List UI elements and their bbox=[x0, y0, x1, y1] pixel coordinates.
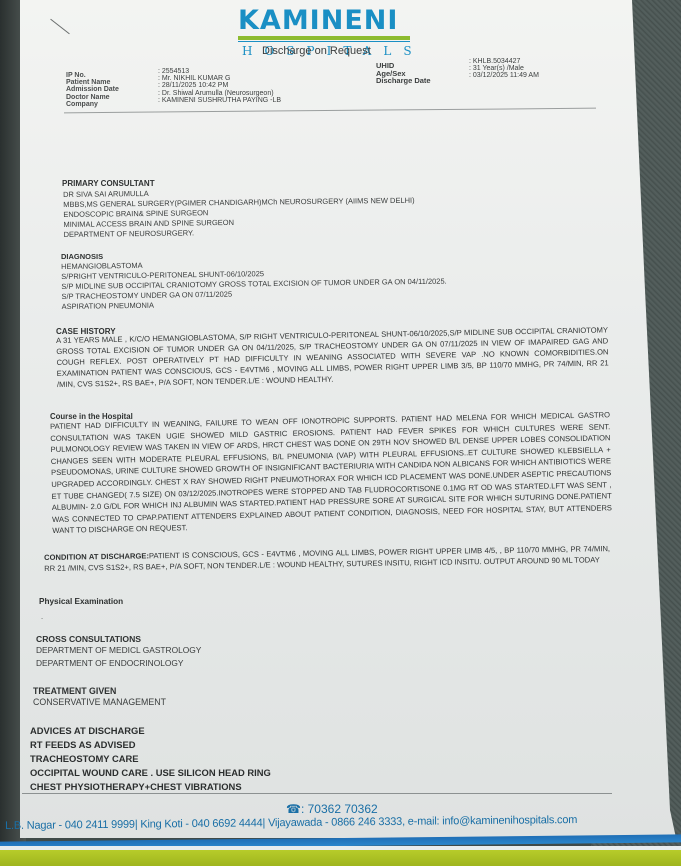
label-admission-date: Admission Date bbox=[66, 86, 119, 93]
phone-number: : 70362 70362 bbox=[301, 802, 378, 816]
patient-info-right-values: : KHLB.5034427 : 31 Year(s) /Male : 03/1… bbox=[469, 58, 539, 80]
value-discharge-date: : 03/12/2025 11:49 AM bbox=[469, 72, 539, 79]
logo-wordmark: KAMINENI bbox=[238, 6, 418, 36]
diagnosis-list: HEMANGIOBLASTOMA S/PRIGHT VENTRICULO-PER… bbox=[61, 257, 447, 312]
label-company: Company bbox=[66, 101, 119, 108]
treatment-heading: TREATMENT GIVEN bbox=[33, 686, 116, 696]
cross-consultations-list: DEPARTMENT OF MEDICL GASTROLOGY DEPARTME… bbox=[36, 644, 201, 670]
consultation-item: DEPARTMENT OF MEDICL GASTROLOGY bbox=[36, 644, 201, 657]
value-age-sex: : 31 Year(s) /Male bbox=[469, 65, 539, 72]
value-admission-date: : 28/11/2025 10:42 PM bbox=[158, 82, 281, 89]
value-company: : KAMINENI SUSHRUTHA PAYING -LB bbox=[158, 97, 281, 104]
value-ip-no: : 2554513 bbox=[158, 68, 281, 75]
advice-item: TRACHEOSTOMY CARE bbox=[30, 752, 271, 766]
diagnosis-heading: DIAGNOSIS bbox=[61, 252, 103, 261]
case-history-text: A 31 YEARS MALE , K/C/O HEMANGIOBLASTOMA… bbox=[56, 324, 609, 390]
patient-info-labels: IP No. Patient Name Admission Date Docto… bbox=[66, 72, 119, 108]
cross-consultations-heading: CROSS CONSULTATIONS bbox=[36, 634, 141, 644]
logo-green-bar bbox=[238, 36, 410, 40]
patient-info-right-labels: UHID Age/Sex Discharge Date bbox=[376, 62, 431, 85]
logo-blue-line bbox=[238, 41, 410, 42]
course-text: PATIENT HAD DIFFICULTY IN WEANING, FAILU… bbox=[50, 409, 612, 537]
label-ip-no: IP No. bbox=[66, 72, 119, 79]
footer-green-band bbox=[0, 850, 681, 866]
value-doctor-name: : Dr. Shiwal Arumulla (Neurosurgeon) bbox=[158, 90, 281, 97]
phone-icon: ☎ bbox=[286, 802, 301, 816]
label-doctor-name: Doctor Name bbox=[66, 94, 119, 101]
label-discharge-date: Discharge Date bbox=[376, 77, 431, 85]
footer-divider bbox=[22, 793, 612, 794]
hospital-phone: ☎: 70362 70362 bbox=[286, 802, 378, 816]
physical-exam-value: . bbox=[41, 612, 43, 622]
advices-heading: ADVICES AT DISCHARGE bbox=[30, 724, 271, 738]
advices-section: ADVICES AT DISCHARGE RT FEEDS AS ADVISED… bbox=[30, 724, 271, 794]
document-title: Discharge on Request bbox=[262, 45, 371, 57]
condition-label: CONDITION AT DISCHARGE: bbox=[44, 551, 149, 562]
value-uhid: : KHLB.5034427 bbox=[469, 58, 539, 65]
value-patient-name: : Mr. NIKHIL KUMAR G bbox=[158, 75, 281, 82]
advice-item: CHEST PHYSIOTHERAPY+CHEST VIBRATIONS bbox=[30, 780, 271, 794]
advice-item: OCCIPITAL WOUND CARE . USE SILICON HEAD … bbox=[30, 766, 271, 780]
advice-item: RT FEEDS AS ADVISED bbox=[30, 738, 271, 752]
patient-info-values: : 2554513 : Mr. NIKHIL KUMAR G : 28/11/2… bbox=[158, 68, 281, 104]
label-patient-name: Patient Name bbox=[66, 79, 119, 86]
primary-consultant-heading: PRIMARY CONSULTANT bbox=[62, 179, 155, 188]
treatment-value: CONSERVATIVE MANAGEMENT bbox=[33, 697, 166, 707]
physical-exam-heading: Physical Examination bbox=[39, 597, 123, 606]
consultation-item: DEPARTMENT OF ENDOCRINOLOGY bbox=[36, 657, 201, 670]
primary-consultant-details: DR SIVA SAI ARUMULLA MBBS,MS GENERAL SUR… bbox=[63, 186, 415, 240]
